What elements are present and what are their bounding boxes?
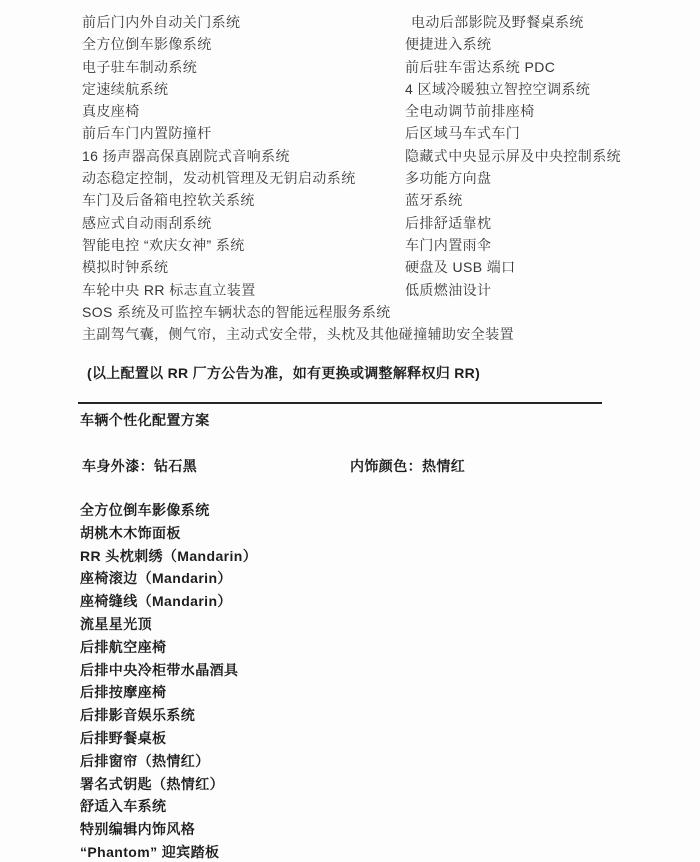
option-item: 座椅滚边（Mandarin） — [80, 568, 480, 591]
option-item: 特别编辑内饰风格 — [80, 819, 480, 842]
feature-item-right: 车门内置雨伞 — [405, 235, 491, 255]
feature-row: 感应式自动雨刮系统 后排舒适靠枕 — [82, 213, 642, 235]
option-item: 后排野餐桌板 — [80, 728, 480, 751]
feature-row: 电子驻车制动系统 前后驻车雷达系统 PDC — [82, 57, 642, 79]
feature-item-right: 电动后部影院及野餐桌系统 — [411, 12, 584, 32]
feature-item-left: SOS 系统及可监控车辆状态的智能远程服务系统 — [82, 302, 391, 322]
option-item: 胡桃木木饰面板 — [80, 523, 480, 546]
feature-item-right: 便捷进入系统 — [405, 34, 491, 54]
feature-item-left: 车轮中央 RR 标志直立装置 — [82, 280, 256, 300]
feature-item-left: 16 扬声器高保真剧院式音响系统 — [82, 146, 290, 166]
feature-item-right: 隐藏式中央显示屏及中央控制系统 — [405, 146, 621, 166]
personalization-heading: 车辆个性化配置方案 — [80, 410, 210, 430]
feature-row: 16 扬声器高保真剧院式音响系统 隐藏式中央显示屏及中央控制系统 — [82, 146, 642, 168]
feature-item-right: 后区域马车式车门 — [405, 123, 520, 143]
feature-row: 模拟时钟系统 硬盘及 USB 端口 — [82, 257, 642, 279]
feature-item-right: 低质燃油设计 — [405, 280, 491, 300]
feature-item-left: 模拟时钟系统 — [82, 257, 168, 277]
feature-item-right: 硬盘及 USB 端口 — [405, 257, 516, 277]
feature-item-left: 车门及后备箱电控软关系统 — [82, 190, 255, 210]
feature-item-right: 全电动调节前排座椅 — [405, 101, 535, 121]
document-page: 前后门内外自动关门系统 电动后部影院及野餐桌系统 全方位倒车影像系统 便捷进入系… — [0, 0, 700, 862]
feature-item-right: 前后驻车雷达系统 PDC — [405, 57, 555, 77]
section-divider — [78, 402, 602, 404]
disclaimer-note: (以上配置以 RR 厂方公告为准，如有更换或调整解释权归 RR) — [87, 363, 480, 383]
interior-color-spec: 内饰颜色：热情红 — [350, 456, 465, 476]
feature-row: 车门及后备箱电控软关系统 蓝牙系统 — [82, 190, 642, 212]
feature-row: 前后门内外自动关门系统 电动后部影院及野餐桌系统 — [82, 12, 642, 34]
feature-item-left: 定速续航系统 — [82, 79, 168, 99]
feature-item-left: 智能电控 “欢庆女神” 系统 — [82, 235, 245, 255]
personalization-options-list: 全方位倒车影像系统 胡桃木木饰面板 RR 头枕刺绣（Mandarin） 座椅滚边… — [80, 500, 480, 862]
option-item: 后排中央冷柜带水晶酒具 — [80, 660, 480, 683]
feature-item-right: 多功能方向盘 — [405, 168, 491, 188]
option-item: 署名式钥匙（热情红） — [80, 774, 480, 797]
option-item: RR 头枕刺绣（Mandarin） — [80, 546, 480, 569]
option-item: 后排按摩座椅 — [80, 682, 480, 705]
option-item: 后排影音娱乐系统 — [80, 705, 480, 728]
feature-row: 前后车门内置防撞杆 后区域马车式车门 — [82, 123, 642, 145]
option-item: “Phantom” 迎宾踏板 — [80, 842, 480, 862]
feature-row: 智能电控 “欢庆女神” 系统 车门内置雨伞 — [82, 235, 642, 257]
feature-item-right: 4 区域冷暖独立智控空调系统 — [405, 79, 590, 99]
feature-item-left: 真皮座椅 — [82, 101, 140, 121]
feature-row: 真皮座椅 全电动调节前排座椅 — [82, 101, 642, 123]
feature-row: 定速续航系统 4 区域冷暖独立智控空调系统 — [82, 79, 642, 101]
option-item: 座椅缝线（Mandarin） — [80, 591, 480, 614]
feature-item-left: 全方位倒车影像系统 — [82, 34, 212, 54]
feature-item-left: 前后车门内置防撞杆 — [82, 123, 212, 143]
feature-row: SOS 系统及可监控车辆状态的智能远程服务系统 — [82, 302, 642, 324]
option-item: 后排窗帘（热情红） — [80, 751, 480, 774]
option-item: 流星星光顶 — [80, 614, 480, 637]
feature-item-left: 动态稳定控制，发动机管理及无钥启动系统 — [82, 168, 356, 188]
option-item: 全方位倒车影像系统 — [80, 500, 480, 523]
option-item: 舒适入车系统 — [80, 796, 480, 819]
feature-row: 主副驾气囊，侧气帘，主动式安全带，头枕及其他碰撞辅助安全装置 — [82, 324, 642, 346]
color-spec-row: 车身外漆：钻石黑 内饰颜色：热情红 — [82, 456, 602, 476]
feature-item-left: 主副驾气囊，侧气帘，主动式安全带，头枕及其他碰撞辅助安全装置 — [82, 324, 514, 344]
feature-row: 全方位倒车影像系统 便捷进入系统 — [82, 34, 642, 56]
standard-features-list: 前后门内外自动关门系统 电动后部影院及野餐桌系统 全方位倒车影像系统 便捷进入系… — [82, 12, 642, 346]
option-item: 后排航空座椅 — [80, 637, 480, 660]
feature-item-left: 电子驻车制动系统 — [82, 57, 197, 77]
feature-row: 动态稳定控制，发动机管理及无钥启动系统 多功能方向盘 — [82, 168, 642, 190]
feature-item-left: 感应式自动雨刮系统 — [82, 213, 212, 233]
feature-item-left: 前后门内外自动关门系统 — [82, 12, 240, 32]
feature-row: 车轮中央 RR 标志直立装置 低质燃油设计 — [82, 280, 642, 302]
feature-item-right: 蓝牙系统 — [405, 190, 463, 210]
exterior-paint-spec: 车身外漆：钻石黑 — [82, 456, 197, 476]
feature-item-right: 后排舒适靠枕 — [405, 213, 491, 233]
